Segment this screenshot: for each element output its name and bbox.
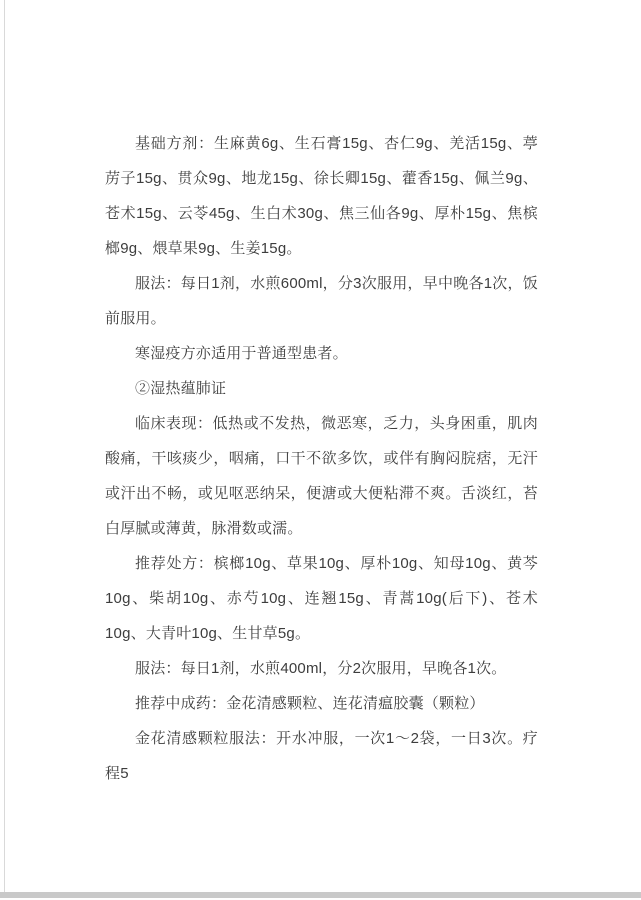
paragraph-recommended-prescription: 推荐处方：槟榔10g、草果10g、厚朴10g、知母10g、黄芩10g、柴胡10g… — [105, 546, 538, 651]
page-left-border-line — [4, 0, 5, 893]
paragraph-syndrome-heading: ②湿热蕴肺证 — [105, 371, 538, 406]
paragraph-clinical-manifestations: 临床表现：低热或不发热，微恶寒，乏力，头身困重，肌肉酸痛，干咳痰少，咽痛，口干不… — [105, 406, 538, 546]
paragraph-granule-usage: 金花清感颗粒服法：开水冲服，一次1～2袋，一日3次。疗程5 — [105, 721, 538, 791]
paragraph-dosage-instructions-1: 服法：每日1剂，水煎600ml，分3次服用，早中晚各1次，饭前服用。 — [105, 266, 538, 336]
page-bottom-edge — [0, 892, 641, 898]
paragraph-base-prescription: 基础方剂：生麻黄6g、生石膏15g、杏仁9g、羌活15g、葶苈子15g、贯众9g… — [105, 126, 538, 266]
document-page: 基础方剂：生麻黄6g、生石膏15g、杏仁9g、羌活15g、葶苈子15g、贯众9g… — [0, 0, 641, 900]
paragraph-recommended-patent-medicine: 推荐中成药：金花清感颗粒、连花清瘟胶囊（颗粒） — [105, 686, 538, 721]
paragraph-applicability-note: 寒湿疫方亦适用于普通型患者。 — [105, 336, 538, 371]
document-content: 基础方剂：生麻黄6g、生石膏15g、杏仁9g、羌活15g、葶苈子15g、贯众9g… — [105, 126, 538, 791]
paragraph-dosage-instructions-2: 服法：每日1剂，水煎400ml，分2次服用，早晚各1次。 — [105, 651, 538, 686]
